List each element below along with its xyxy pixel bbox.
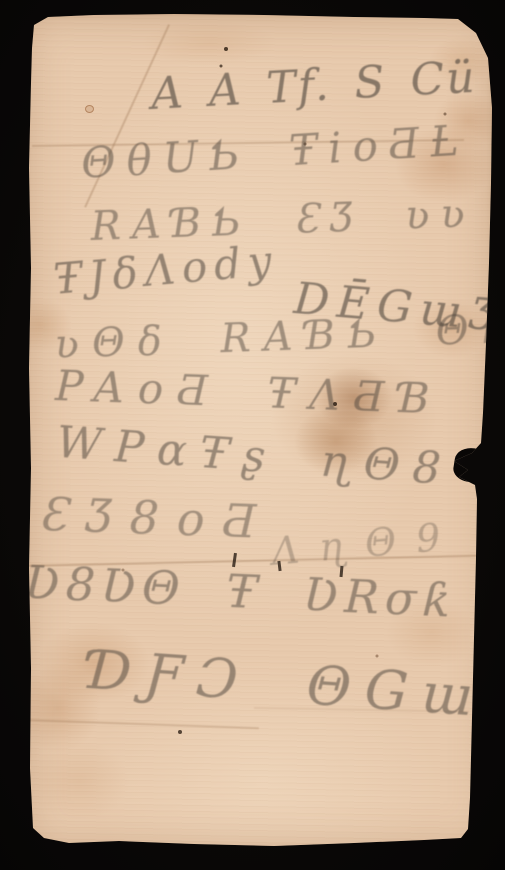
handwriting-line: Ʋ8ƲΘ Ŧ ƲRσƙ: [24, 559, 457, 624]
paper-sheet: A A Tf. S Cü θ ΘθUƄ ŦioƋȽ RAƁƄ ƐƷ ʋʋ ŦJδ…: [24, 13, 494, 851]
torn-notch: [452, 446, 503, 487]
handwriting-line: A A Tf. S Cü θ: [150, 53, 505, 117]
handwriting-line: ΘθUƄ ŦioƋȽ: [80, 119, 471, 185]
handwriting-line: ƊƑƆ ΘGɯ: [86, 643, 489, 725]
handwriting-line: PAoƋ ŦΛƋƁ ɯ: [55, 365, 505, 424]
handwriting-line: ƐƷ8oƋ: [38, 491, 275, 545]
handwriting-line: WPɑŦʂ ɳΘ8: [55, 421, 455, 493]
paper-specks: [24, 13, 26, 15]
photo-backdrop: A A Tf. S Cü θ ΘθUƄ ŦioƋȽ RAƁƄ ƐƷ ʋʋ ŦJδ…: [0, 0, 505, 870]
handwriting-line: ΛɳΘ9: [270, 517, 462, 571]
handwriting-line: ŦJδΛody: [52, 239, 280, 300]
paper-crease: [24, 719, 259, 729]
handwriting-line: RAƁƄ ƐƷ ʋʋ: [90, 194, 477, 247]
wormhole-spot: [85, 105, 94, 113]
handwriting-line: ʋΘδ RAƁƄ ΘƙR: [54, 307, 505, 365]
